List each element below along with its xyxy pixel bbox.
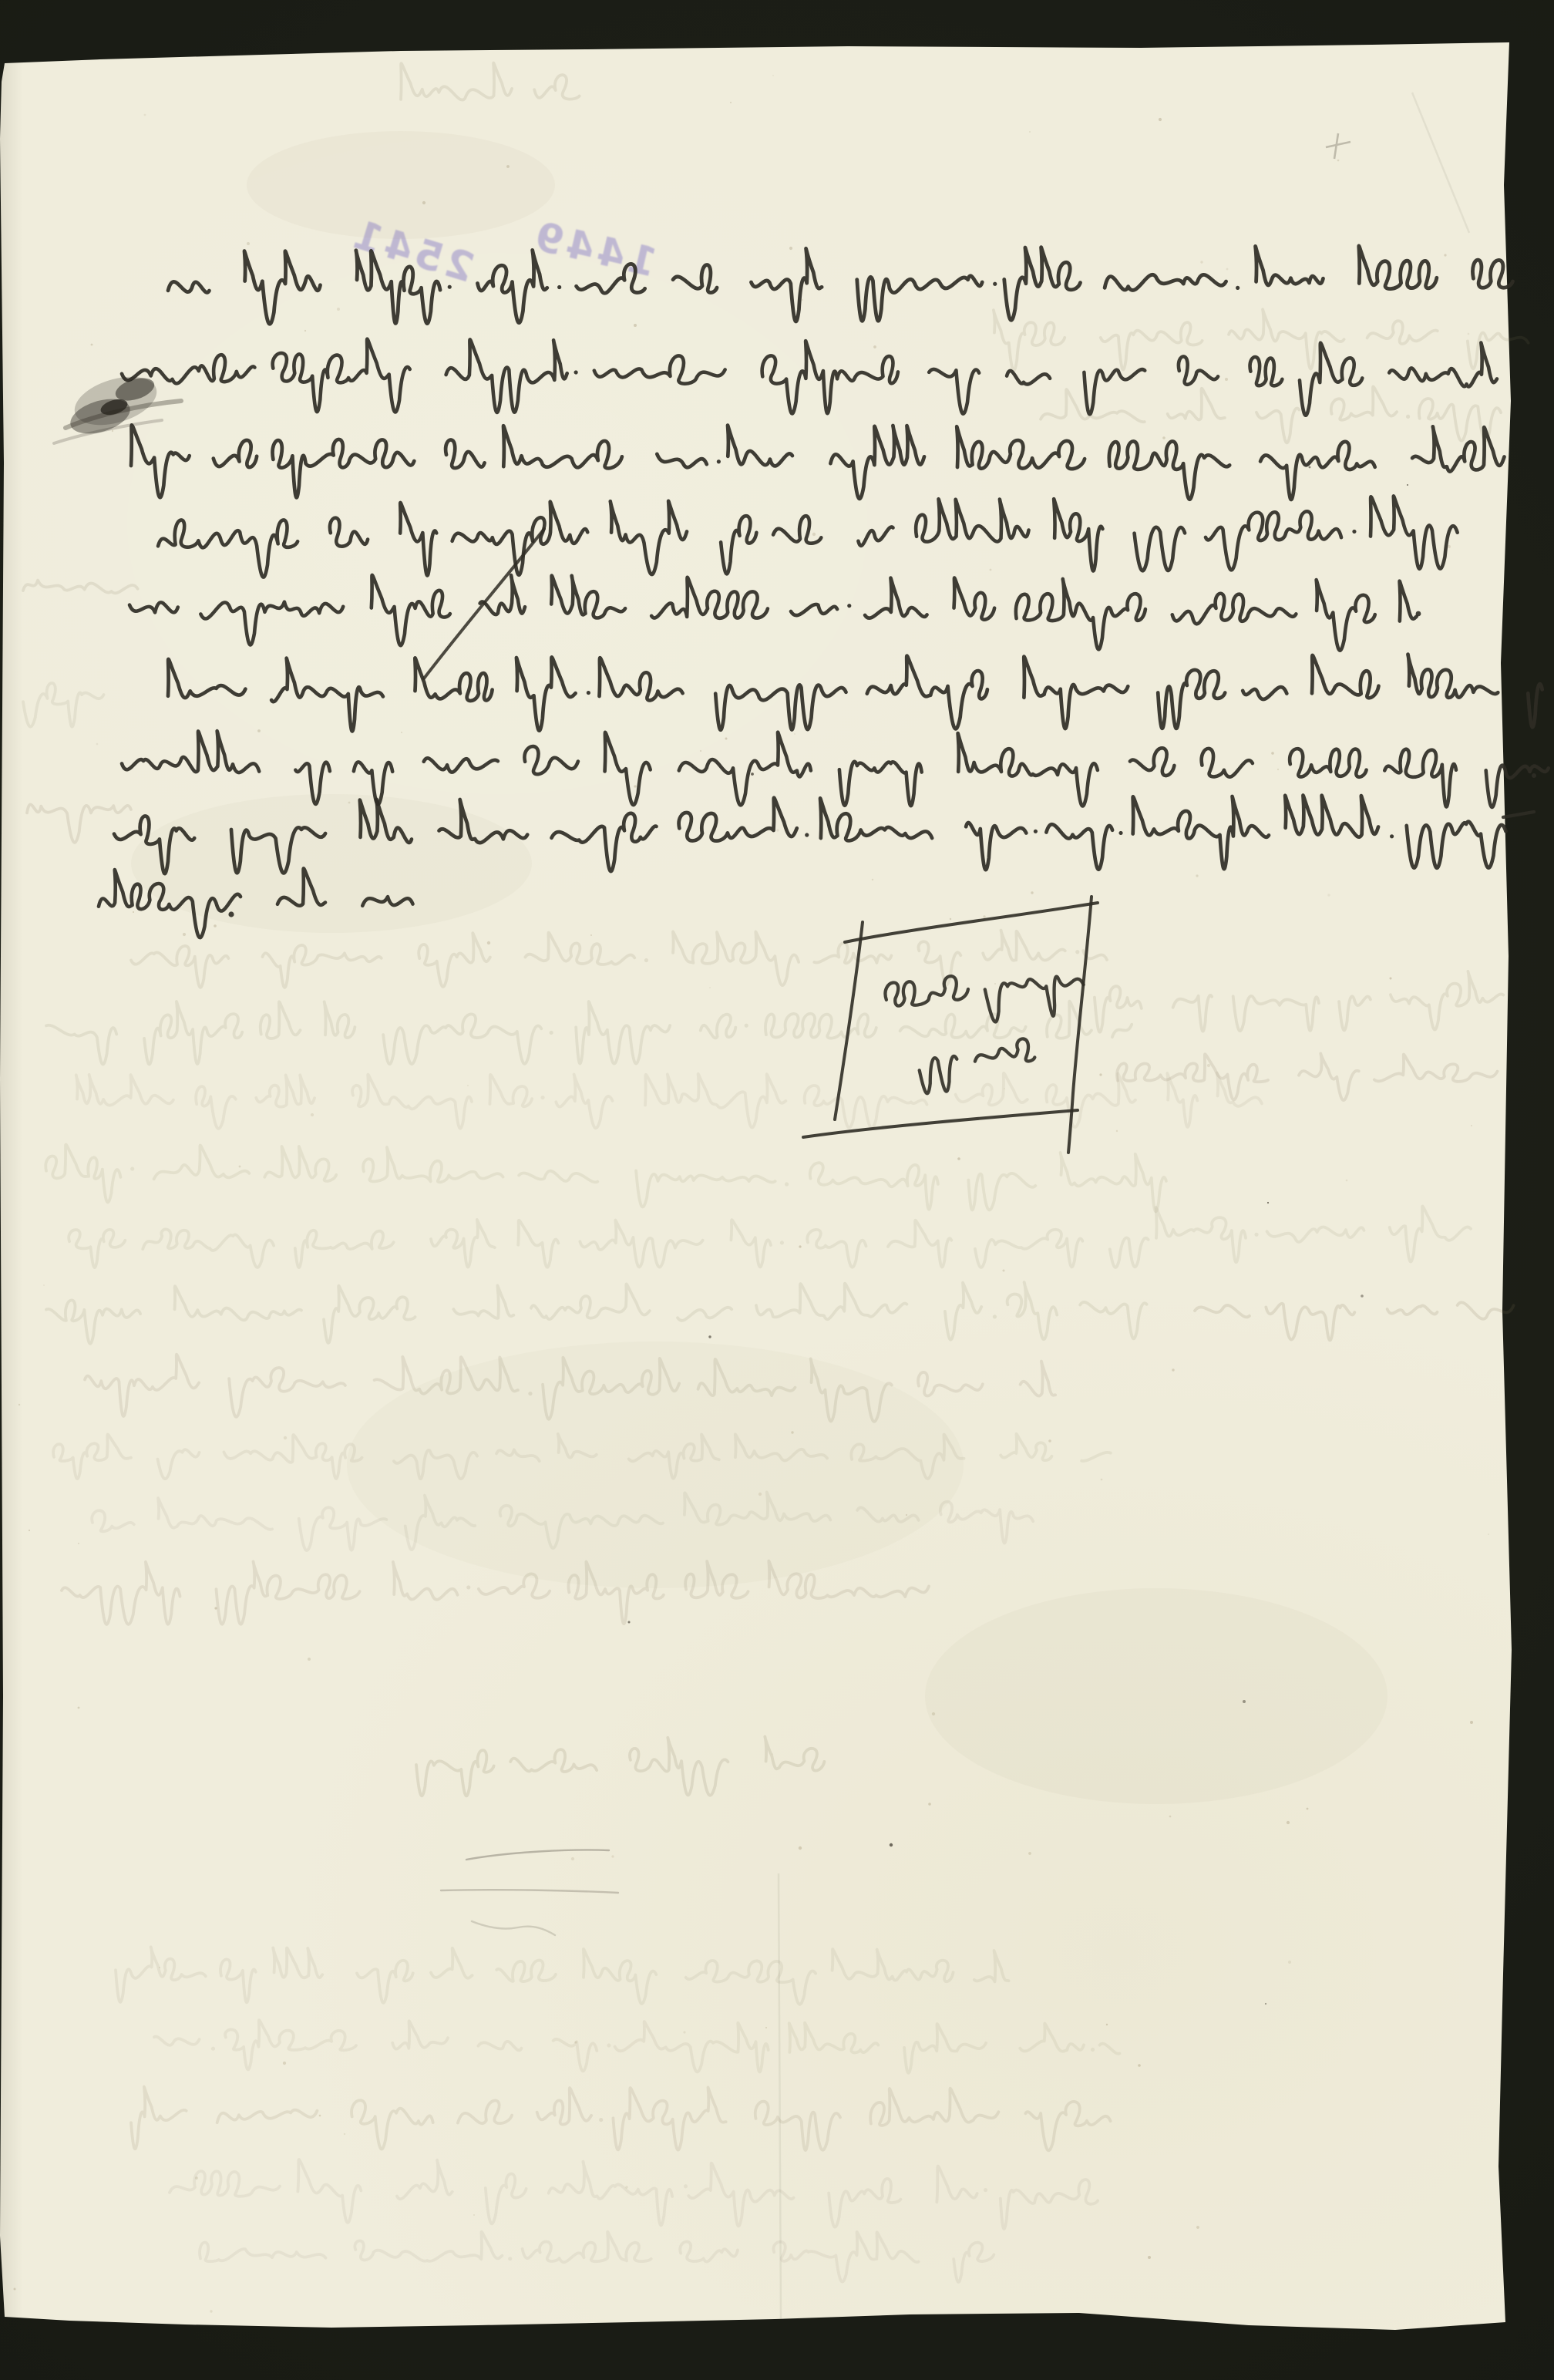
paper-stains bbox=[131, 131, 1387, 1804]
bleed-through-line bbox=[76, 1072, 1262, 1129]
period-dot bbox=[1416, 611, 1421, 617]
paper-crease bbox=[1412, 93, 1469, 233]
hand-drawn-box bbox=[803, 897, 1098, 1153]
handwriting-text-block bbox=[99, 244, 1549, 938]
handwriting-ink-layer bbox=[0, 0, 1554, 2380]
handwriting-line bbox=[122, 338, 1497, 416]
bleed-through-line bbox=[200, 2231, 994, 2282]
ink-blot-smudge bbox=[54, 368, 181, 443]
handwriting-line bbox=[168, 654, 1542, 732]
bleed-through-line bbox=[1095, 971, 1504, 1032]
bleed-through-line bbox=[131, 930, 1107, 988]
box-text-line bbox=[917, 1038, 1037, 1094]
pencil-streak bbox=[472, 1921, 555, 1935]
bleed-through-line bbox=[1041, 385, 1502, 445]
bleed-through-line bbox=[170, 2157, 1098, 2230]
paper-crease bbox=[779, 1873, 781, 2319]
handwriting-line bbox=[158, 495, 1458, 577]
box-edge bbox=[845, 903, 1098, 942]
handwriting-line bbox=[131, 424, 1505, 500]
bleed-through-line bbox=[401, 62, 580, 99]
bleed-through-line bbox=[1155, 1206, 1471, 1262]
bleed-through-line bbox=[131, 2086, 1111, 2151]
bleed-through-line bbox=[46, 1001, 1132, 1065]
paper-speckles bbox=[14, 75, 1489, 2313]
bleed-through-line bbox=[46, 1281, 1147, 1345]
bleed-through-line bbox=[994, 308, 1529, 371]
bleed-through-line bbox=[416, 1736, 825, 1796]
pencil-streak bbox=[466, 1850, 609, 1860]
line-end-dash bbox=[1503, 812, 1534, 817]
period-dot bbox=[228, 911, 234, 917]
bleed-through-line bbox=[69, 1220, 1148, 1268]
pencil-streak bbox=[441, 1890, 618, 1893]
bleed-through-line bbox=[23, 683, 104, 727]
bleed-through-line bbox=[1195, 1301, 1514, 1341]
box-text-line bbox=[884, 962, 1086, 1033]
scanned-letter-page: 2541 1449 bbox=[0, 0, 1554, 2380]
handwriting-line bbox=[129, 574, 1417, 651]
bleed-through-line bbox=[154, 2018, 1120, 2074]
pencil-cross-mark bbox=[1326, 133, 1350, 159]
handwriting-line bbox=[168, 244, 1513, 325]
bleed-through-line bbox=[45, 1143, 1166, 1211]
bleed-through-line bbox=[116, 1947, 1009, 2005]
bleed-through-line bbox=[23, 580, 138, 593]
period-dot bbox=[1532, 773, 1536, 778]
